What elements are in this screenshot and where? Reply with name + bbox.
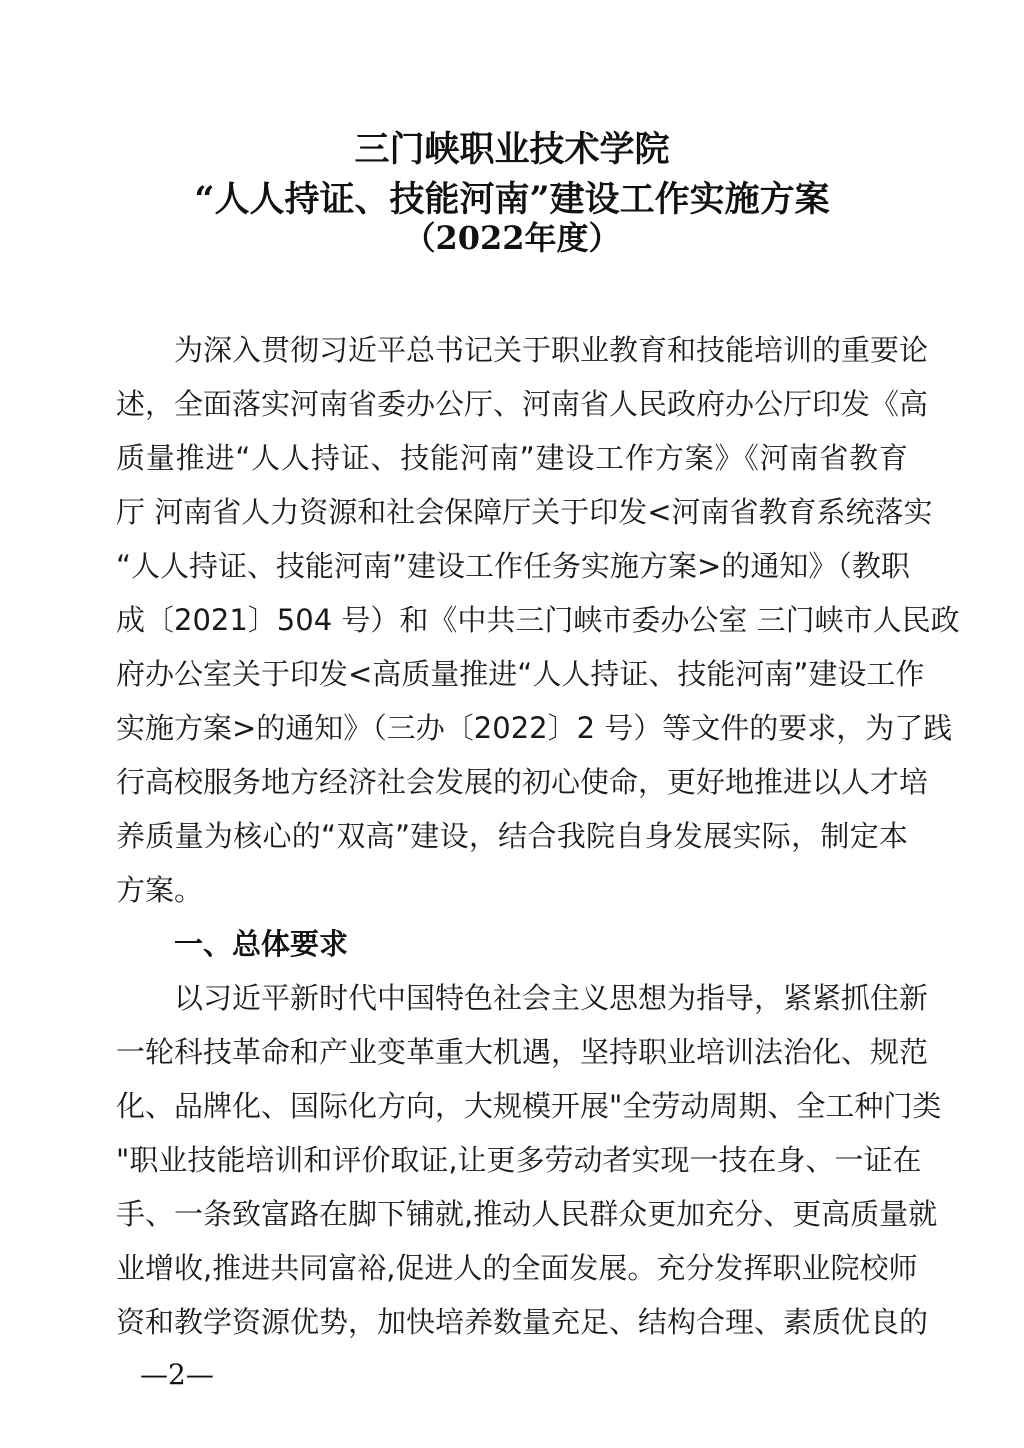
text-line: 以习近平新时代中国特色社会主义思想为指导，紧紧抓住新 bbox=[116, 971, 908, 1025]
text-line: "职业技能培训和评价取证,让更多劳动者实现一技在身、一证在 bbox=[116, 1133, 908, 1187]
text-line: 行高校服务地方经济社会发展的初心使命，更好地推进以人才培 bbox=[116, 755, 908, 809]
document-title-line2: “人人持证、技能河南”建设工作实施方案 bbox=[0, 178, 1024, 222]
text-line: 质量推进“人人持证、技能河南”建设工作方案》《河南省教育 bbox=[116, 431, 908, 485]
text-line: 资和教学资源优势，加快培养数量充足、结构合理、素质优良的 bbox=[116, 1295, 908, 1349]
page-number: —2— bbox=[140, 1358, 214, 1391]
text-line: 化、品牌化、国际化方向，大规模开展"全劳动周期、全工种门类 bbox=[116, 1079, 908, 1133]
text-line: 府办公室关于印发<高质量推进“人人持证、技能河南”建设工作 bbox=[116, 647, 908, 701]
text-line: 方案。 bbox=[116, 863, 908, 917]
text-line: 实施方案>的通知》（三办〔2022〕2 号）等文件的要求，为了践 bbox=[116, 701, 908, 755]
text-line: 业增收,推进共同富裕,促进人的全面发展。充分发挥职业院校师 bbox=[116, 1241, 908, 1295]
text-line: 述，全面落实河南省委办公厅、河南省人民政府办公厅印发《高 bbox=[116, 377, 908, 431]
text-line: “人人持证、技能河南”建设工作任务实施方案>的通知》（教职 bbox=[116, 539, 908, 593]
text-line: 手、一条致富路在脚下铺就,推动人民群众更加充分、更高质量就 bbox=[116, 1187, 908, 1241]
section-heading: 一、总体要求 bbox=[116, 917, 908, 971]
text-line: 厅 河南省人力资源和社会保障厅关于印发<河南省教育系统落实 bbox=[116, 485, 908, 539]
document-title-line1: 三门峡职业技术学院 bbox=[0, 128, 1024, 172]
paragraph-intro: 为深入贯彻习近平总书记关于职业教育和技能培训的重要论 述，全面落实河南省委办公厅… bbox=[116, 323, 908, 1349]
text-line: 一轮科技革命和产业变革重大机遇，坚持职业培训法治化、规范 bbox=[116, 1025, 908, 1079]
text-line: 养质量为核心的“双高”建设，结合我院自身发展实际，制定本 bbox=[116, 809, 908, 863]
text-line: 成〔2021〕504 号）和《中共三门峡市委办公室 三门峡市人民政 bbox=[116, 593, 908, 647]
document-title-line3: （2022年度） bbox=[0, 218, 1024, 258]
text-line: 为深入贯彻习近平总书记关于职业教育和技能培训的重要论 bbox=[116, 323, 908, 377]
